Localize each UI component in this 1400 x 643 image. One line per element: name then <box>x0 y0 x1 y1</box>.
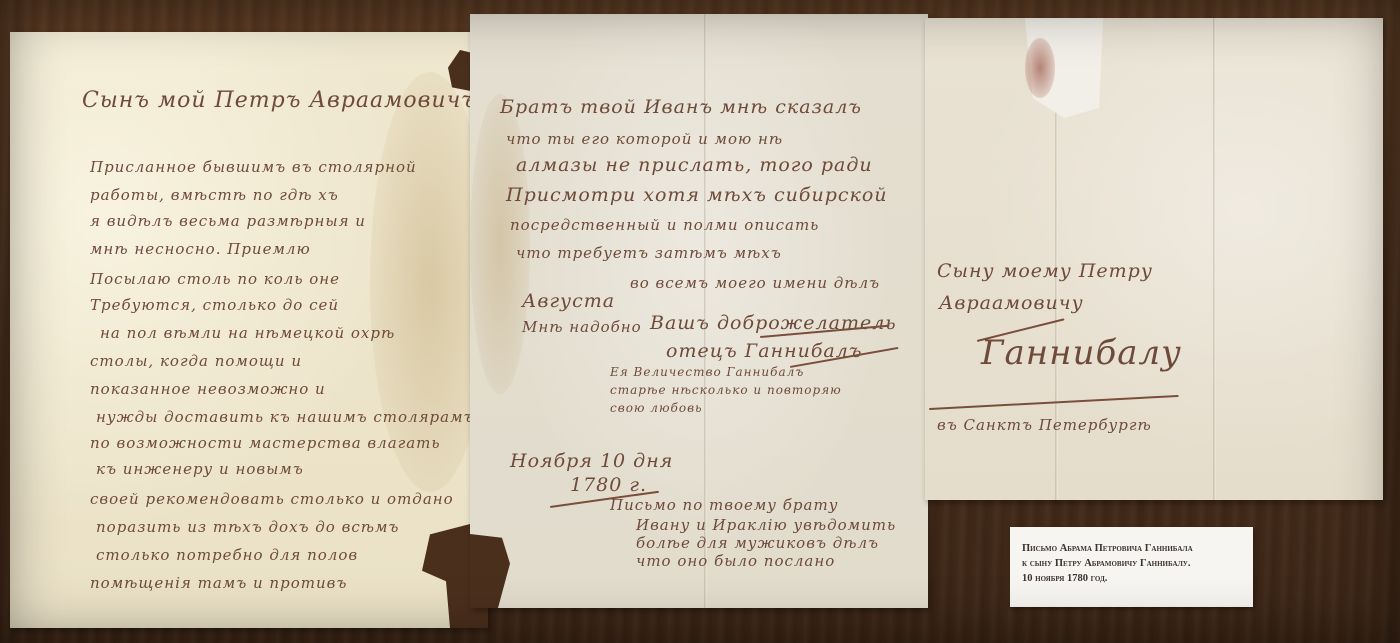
letter-page-middle: Братъ твой Иванъ мнѣ сказалъ что ты его … <box>470 14 928 608</box>
handwritten-line: своей рекомендовать столько и отдано <box>90 492 454 507</box>
postscript-line: Письмо по твоему брату <box>610 498 838 513</box>
postscript-line: что оно было послано <box>636 554 835 569</box>
seal-stain <box>1025 38 1055 98</box>
handwritten-line: Требуются, столько до сей <box>90 298 339 313</box>
address-line: Авраамовичу <box>939 294 1084 313</box>
closing-text: Вашъ доброжелатель <box>650 314 897 333</box>
handwritten-line: къ инженеру и новымъ <box>96 462 304 477</box>
address-line: Сыну моему Петру <box>937 262 1153 281</box>
handwritten-line: показанное невозможно и <box>90 382 326 397</box>
name-underline <box>929 395 1179 410</box>
museum-label-card: Письмо Абрама Петровича Ганнибала к сыну… <box>1010 527 1253 607</box>
handwritten-line: Мнѣ надобно <box>522 320 642 335</box>
letter-page-left: Сынъ мой Петръ Авраамовичъ Присланное бы… <box>10 32 488 628</box>
postscript-line: свою любовь <box>610 402 703 414</box>
handwritten-line: работы, вмѣстѣ по гдѣ хъ <box>90 188 339 203</box>
year-text: 1780 г. <box>570 476 647 495</box>
postscript-line: болѣе для мужиковъ дѣлъ <box>636 536 879 551</box>
postscript-line: Ивану и Ираклію увѣдомить <box>636 518 896 533</box>
handwritten-line: что ты его которой и мою нѣ <box>506 132 783 147</box>
paper-hole <box>470 534 510 608</box>
handwritten-line: Августа <box>522 292 615 311</box>
handwritten-line: алмазы не прислать, того ради <box>516 156 873 175</box>
handwritten-line: посредственный и полми описать <box>510 218 819 233</box>
handwritten-line: во всемъ моего имени дѣлъ <box>630 276 880 291</box>
postscript-line: Ея Величество Ганнибалъ <box>610 366 804 378</box>
letter-envelope: Сыну моему Петру Авраамовичу Ганнибалу в… <box>925 18 1383 500</box>
postscript-line: старѣе нѣсколько и повторяю <box>610 384 842 396</box>
handwritten-line: я видѣлъ весьма размѣрныя и <box>90 214 366 229</box>
handwritten-line: столько потребно для полов <box>96 548 358 563</box>
label-recipient-line: к сыну Петру Абрамовичу Ганнибалу. <box>1022 556 1243 571</box>
handwritten-line: по возможности мастерства влагать <box>90 436 441 451</box>
handwritten-line: Присмотри хотя мѣхъ сибирской <box>506 186 888 205</box>
salutation-text: Сынъ мой Петръ Авраамовичъ <box>82 90 477 112</box>
handwritten-line: Посылаю столь по коль оне <box>90 272 340 287</box>
handwritten-line: мнѣ несносно. Приемлю <box>90 242 311 257</box>
destination-text: въ Санктъ Петербургѣ <box>937 418 1152 433</box>
label-title-line: Письмо Абрама Петровича Ганнибала <box>1022 541 1243 556</box>
handwritten-line: на пол вѣмли на нѣмецкой охрѣ <box>100 326 395 341</box>
handwritten-line: Присланное бывшимъ въ столярной <box>90 160 417 175</box>
date-text: Ноября 10 дня <box>510 452 673 471</box>
label-date-line: 10 ноября 1780 год. <box>1022 571 1243 586</box>
handwritten-line: Братъ твой Иванъ мнѣ сказалъ <box>500 98 862 117</box>
handwritten-line: нужды доставить къ нашимъ столярамъ <box>96 410 475 425</box>
recipient-name: Ганнибалу <box>981 336 1182 370</box>
paper-fold <box>1213 18 1216 500</box>
handwritten-line: поразить из тѣхъ дохъ до всѣмъ <box>96 520 399 535</box>
handwritten-line: что требуетъ затѣмъ мѣхъ <box>516 246 782 261</box>
handwritten-line: столы, когда помощи и <box>90 354 302 369</box>
handwritten-line: помѣщенія тамъ и противъ <box>90 576 347 591</box>
